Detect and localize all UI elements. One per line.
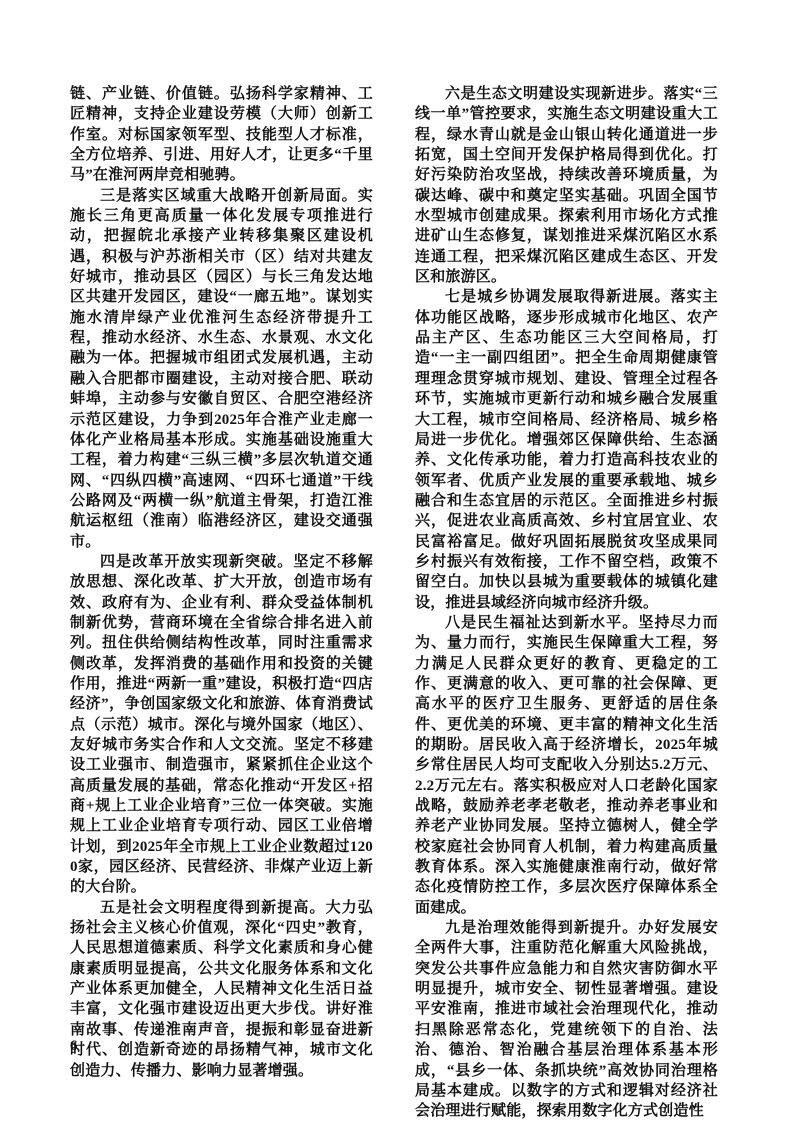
paragraph-continuation: 链、产业链、价值链。弘扬科学家精神、工匠精神，支持企业建设劳模（大师）创新工作室…	[70, 84, 373, 186]
text-column-left: 链、产业链、价值链。弘扬科学家精神、工匠精神，支持企业建设劳模（大师）创新工作室…	[70, 84, 373, 1081]
text-column-right: 六是生态文明建设实现新进步。落实“三线一单”管控要求，实施生态文明建设重大工程，…	[415, 84, 718, 1122]
paragraph-item-three: 三是落实区域重大战略开创新局面。实施长三角更高质量一体化发展专项推进行动，把握皖…	[70, 186, 373, 552]
paragraph-item-eight: 八是民生福祉达到新水平。坚持尽力而为、量力而行，实施民生保障重大工程，努力满足人…	[415, 613, 718, 918]
paragraph-item-nine: 九是治理效能得到新提升。办好发展安全两件大事，注重防范化解重大风险挑战，突发公共…	[415, 918, 718, 1121]
page-number: 6	[70, 1038, 78, 1055]
paragraph-item-seven: 七是城乡协调发展取得新进展。落实主体功能区战略，逐步形成城市化地区、农产品主产区…	[415, 287, 718, 613]
paragraph-item-five: 五是社会文明程度得到新提高。大力弘扬社会主义核心价值观，深化“四史”教育，人民思…	[70, 898, 373, 1081]
document-page: 链、产业链、价值链。弘扬科学家精神、工匠精神，支持企业建设劳模（大师）创新工作室…	[0, 0, 793, 1122]
paragraph-item-six: 六是生态文明建设实现新进步。落实“三线一单”管控要求，实施生态文明建设重大工程，…	[415, 84, 718, 287]
paragraph-item-four: 四是改革开放实现新突破。坚定不移解放思想、深化改革、扩大开放，创造市场有效、政府…	[70, 552, 373, 898]
